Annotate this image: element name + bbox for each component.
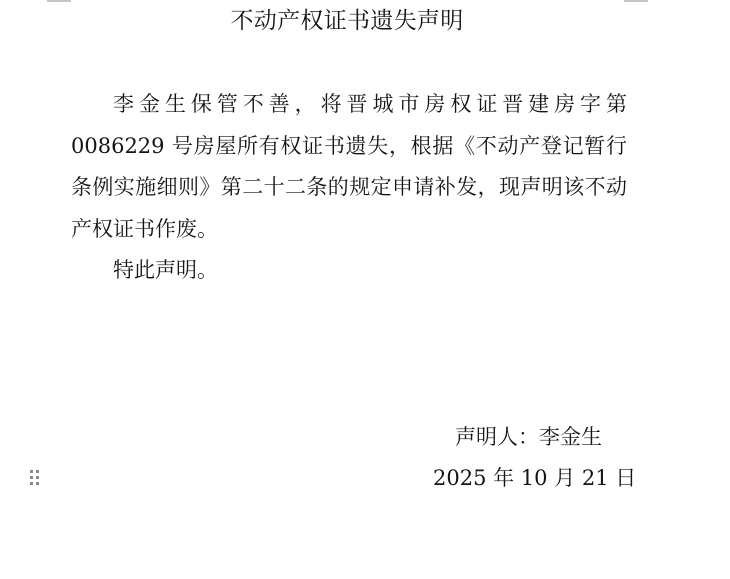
document-title: 不动产权证书遗失声明 xyxy=(0,6,694,36)
signature-date[interactable]: 2025 年 10 月 21 日 xyxy=(433,463,636,493)
drag-dot xyxy=(36,476,39,479)
drag-dot xyxy=(36,470,39,473)
document-body[interactable]: 李金生保管不善，将晋城市房权证晋建房字第 0086229 号房屋所有权证书遗失，… xyxy=(71,84,627,292)
page-corner-mark-right xyxy=(624,0,648,2)
closing-paragraph[interactable]: 特此声明。 xyxy=(71,250,627,292)
drag-handle-icon[interactable] xyxy=(30,470,41,486)
drag-dot xyxy=(30,482,33,485)
page-corner-mark-left xyxy=(47,0,71,2)
body-paragraph[interactable]: 李金生保管不善，将晋城市房权证晋建房字第 0086229 号房屋所有权证书遗失，… xyxy=(71,84,627,250)
drag-dot xyxy=(30,470,33,473)
drag-dot xyxy=(36,482,39,485)
declarant-signature[interactable]: 声明人：李金生 xyxy=(455,422,602,452)
drag-dot xyxy=(30,476,33,479)
